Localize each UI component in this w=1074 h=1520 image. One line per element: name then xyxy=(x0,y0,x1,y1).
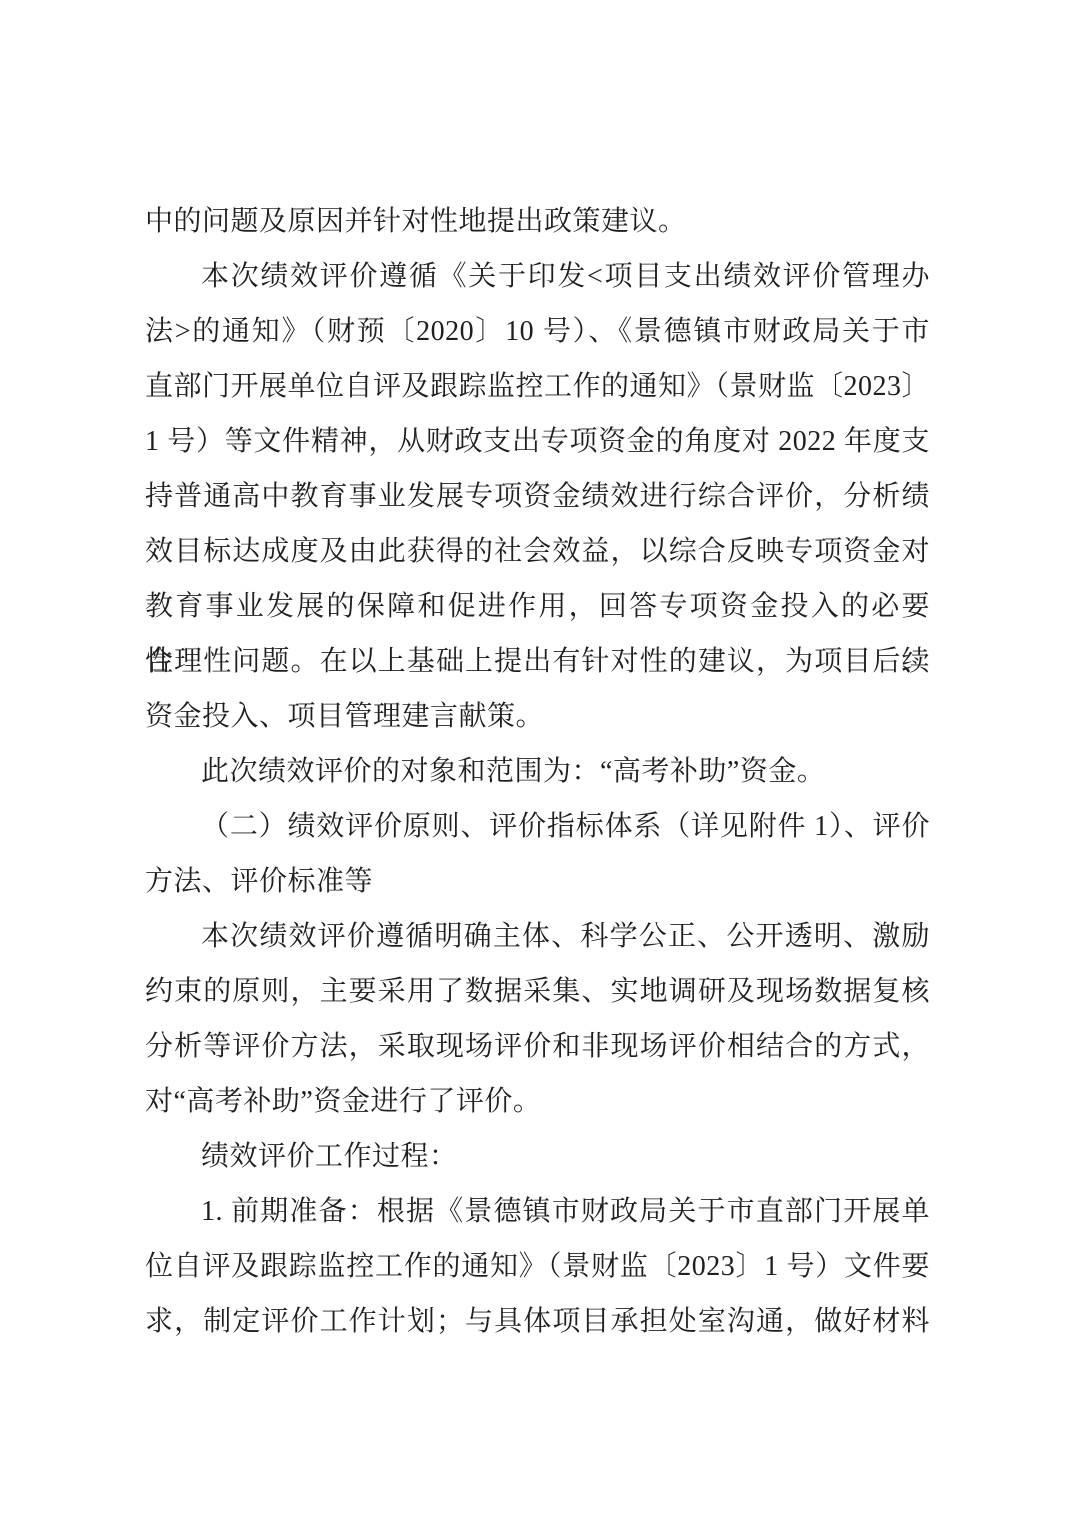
document-line: 法>的通知》（财预〔2020〕10 号）、《景德镇市财政局关于市 xyxy=(145,304,930,359)
document-line: 1 号）等文件精神，从财政支出专项资金的角度对 2022 年度支 xyxy=(145,414,930,469)
document-line: 位自评及跟踪监控工作的通知》（景财监〔2023〕1 号）文件要 xyxy=(145,1239,930,1294)
document-line: 求，制定评价工作计划；与具体项目承担处室沟通，做好材料 xyxy=(145,1294,930,1349)
document-line: 资金投入、项目管理建言献策。 xyxy=(145,689,930,744)
document-line: 效目标达成度及由此获得的社会效益，以综合反映专项资金对 xyxy=(145,524,930,579)
document-line: 此次绩效评价的对象和范围为：“高考补助”资金。 xyxy=(145,744,930,799)
document-line: 方法、评价标准等 xyxy=(145,854,930,909)
document-line: 约束的原则，主要采用了数据采集、实地调研及现场数据复核 xyxy=(145,964,930,1019)
document-line: （二）绩效评价原则、评价指标体系（详见附件 1）、评价 xyxy=(145,799,930,854)
document-line: 合理性问题。在以上基础上提出有针对性的建议，为项目后续 xyxy=(145,634,930,689)
document-page: 中的问题及原因并针对性地提出政策建议。本次绩效评价遵循《关于印发<项目支出绩效评… xyxy=(0,0,1074,1520)
document-text-block: 中的问题及原因并针对性地提出政策建议。本次绩效评价遵循《关于印发<项目支出绩效评… xyxy=(145,194,930,1349)
document-line: 本次绩效评价遵循《关于印发<项目支出绩效评价管理办 xyxy=(145,249,930,304)
document-line: 持普通高中教育事业发展专项资金绩效进行综合评价，分析绩 xyxy=(145,469,930,524)
document-line: 对“高考补助”资金进行了评价。 xyxy=(145,1074,930,1129)
document-line: 绩效评价工作过程： xyxy=(145,1129,930,1184)
document-line: 分析等评价方法，采取现场评价和非现场评价相结合的方式， xyxy=(145,1019,930,1074)
document-line: 直部门开展单位自评及跟踪监控工作的通知》（景财监〔2023〕 xyxy=(145,359,930,414)
document-line: 1. 前期准备：根据《景德镇市财政局关于市直部门开展单 xyxy=(145,1184,930,1239)
document-line: 教育事业发展的保障和促进作用，回答专项资金投入的必要性、 xyxy=(145,579,930,634)
document-line: 中的问题及原因并针对性地提出政策建议。 xyxy=(145,194,930,249)
document-line: 本次绩效评价遵循明确主体、科学公正、公开透明、激励 xyxy=(145,909,930,964)
